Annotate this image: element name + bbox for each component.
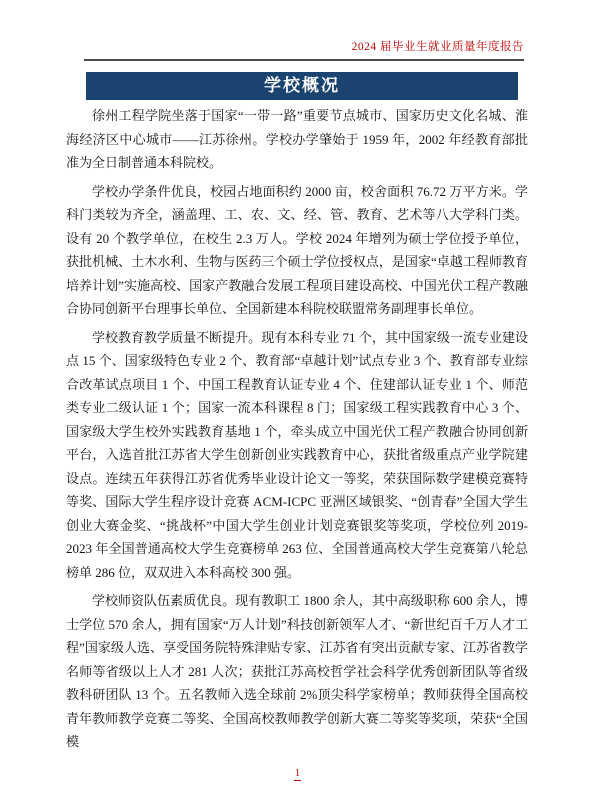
section-title-bar: 学校概况 [86,72,518,100]
paragraph-school-location: 徐州工程学院坐落于国家“一带一路”重要节点城市、国家历史文化名城、淮海经济区中心… [66,104,528,175]
paragraph-education-quality: 学校教育教学质量不断提升。现有本科专业 71 个，其中国家级一流专业建设点 15… [66,326,528,585]
page-number: 1 [294,768,301,781]
document-body: 徐州工程学院坐落于国家“一带一路”重要节点城市、国家历史文化名城、淮海经济区中心… [66,104,528,759]
section-title: 学校概况 [264,72,340,100]
paragraph-school-conditions: 学校办学条件优良，校园占地面积约 2000 亩，校舍面积 76.72 万平方米。… [66,180,528,321]
page-footer: 1 [0,763,595,781]
paragraph-faculty: 学校师资队伍素质优良。现有教职工 1800 余人，其中高级职称 600 余人，博… [66,589,528,754]
document-page: 2024 届毕业生就业质量年度报告 学校概况 徐州工程学院坐落于国家“一带一路”… [0,0,595,808]
report-title: 2024 届毕业生就业质量年度报告 [84,38,524,54]
page-header: 2024 届毕业生就业质量年度报告 [84,38,524,61]
